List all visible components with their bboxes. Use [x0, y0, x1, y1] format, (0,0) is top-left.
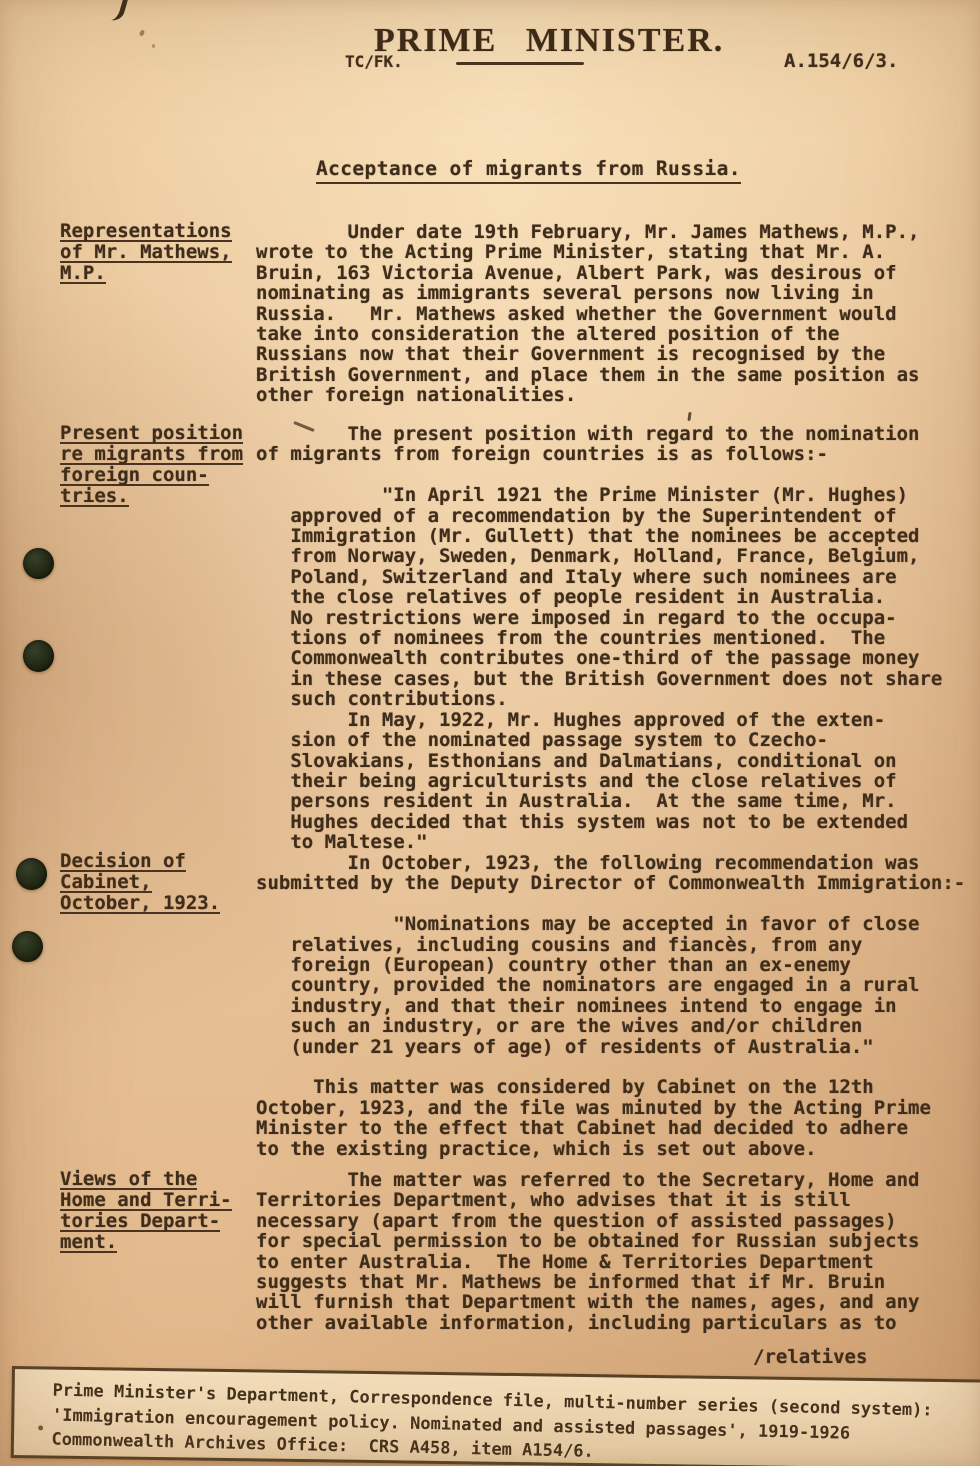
margin-note-line: foreign coun- [60, 466, 209, 486]
margin-note-line: Present position [60, 424, 243, 444]
margin-note-representations: Representationsof Mr. Mathews,M.P. [60, 222, 260, 285]
reference-initials: TC/FK. [345, 52, 403, 71]
file-number: A.154/6/3. [784, 50, 898, 72]
margin-note-line: Representations [60, 222, 232, 242]
letterhead-rule [456, 62, 584, 65]
margin-note-line: Home and Terri- [60, 1191, 232, 1211]
margin-note-line: ment. [60, 1233, 117, 1253]
punch-hole [23, 548, 54, 579]
margin-note-line: October, 1923. [60, 894, 220, 914]
archive-reference-text: Prime Minister's Department, Corresponde… [51, 1379, 933, 1466]
margin-note-present-position: Present positionre migrants fromforeign … [60, 424, 260, 508]
ink-speck [139, 29, 145, 36]
margin-note-home-territories: Views of theHome and Terri-tories Depart… [60, 1170, 260, 1254]
letterhead-title: PRIME MINISTER. [374, 22, 724, 60]
margin-note-line: M.P. [60, 264, 106, 284]
punch-hole [12, 931, 43, 962]
margin-note-line: Cabinet, [60, 873, 152, 893]
margin-note-line: of Mr. Mathews, [60, 243, 232, 263]
margin-note-line: tries. [60, 487, 129, 507]
paragraph-representations: Under date 19th February, Mr. James Math… [256, 222, 919, 406]
margin-note-line: Decision of [60, 852, 186, 872]
pen-dot [38, 1425, 43, 1430]
paragraph-present-position: The present position with regard to the … [256, 424, 942, 853]
ink-speck [152, 44, 155, 48]
pen-mark [687, 412, 691, 421]
paragraph-cabinet-decision: In October, 1923, the following recommen… [256, 853, 965, 1159]
ink-mark [103, 0, 128, 23]
document-page: PRIME MINISTER. TC/FK. A.154/6/3. Accept… [0, 0, 980, 1466]
archive-reference-slip: Prime Minister's Department, Corresponde… [11, 1366, 980, 1466]
punch-hole [16, 858, 47, 890]
document-subject-title: Acceptance of migrants from Russia. [316, 157, 741, 184]
punch-hole [23, 640, 54, 672]
paragraph-home-territories: The matter was referred to the Secretary… [256, 1170, 919, 1333]
margin-note-cabinet-decision: Decision ofCabinet,October, 1923. [60, 852, 260, 915]
margin-note-line: re migrants from [60, 445, 243, 465]
margin-note-line: Views of the [60, 1170, 197, 1190]
continuation-marker: /relatives [753, 1346, 867, 1368]
margin-note-line: tories Depart- [60, 1212, 220, 1232]
